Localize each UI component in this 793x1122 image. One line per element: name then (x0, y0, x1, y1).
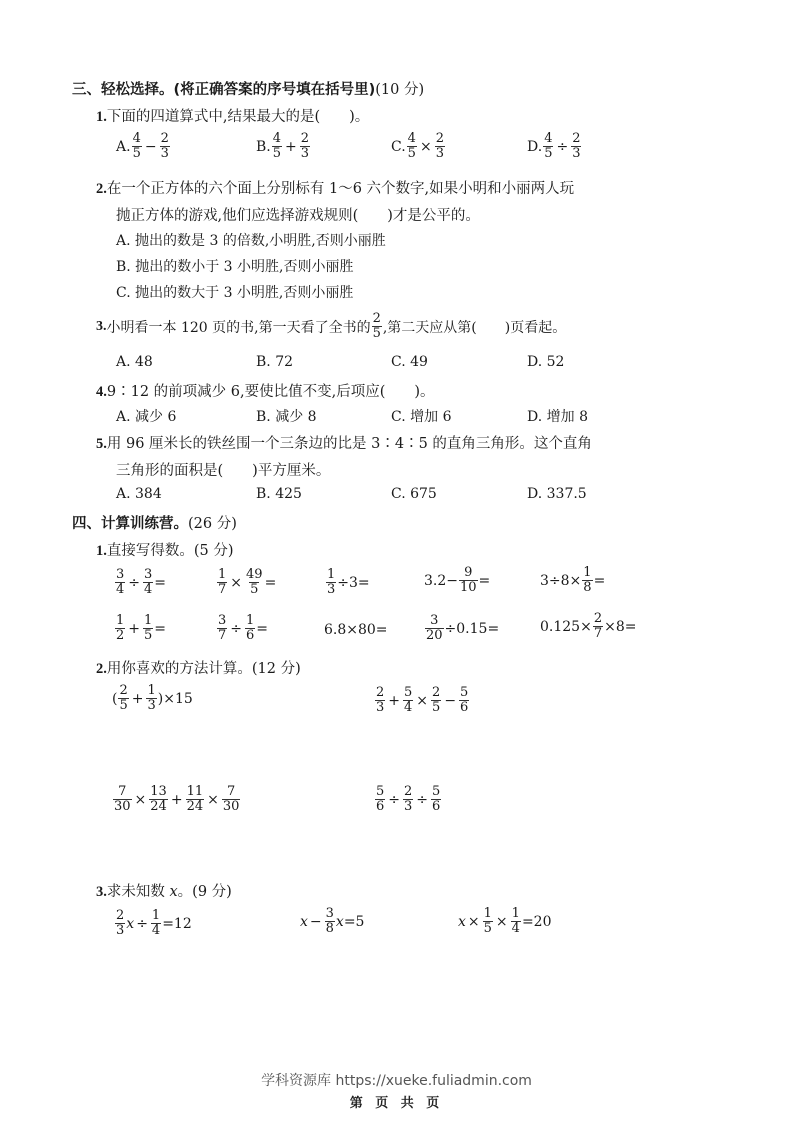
calc-r1-e5: 3÷8× 18 = (540, 566, 605, 595)
question-3: 3. 小明看一本 120 页的书,第一天看了全书的 25 ,第二天应从第( )页… (96, 312, 566, 341)
fraction: 45 (407, 132, 417, 161)
calc-r1-e4: 3.2− 910 = (424, 566, 490, 595)
calc-p3: 730 × 1324 + 1124 × 730 (112, 783, 241, 814)
question-5: 5.用 96 厘米长的铁丝围一个三条边的比是 3∶4∶5 的直角三角形。这个直角 (96, 432, 592, 453)
part-title: 求未知数 (107, 884, 170, 900)
option-label: B. (256, 139, 271, 155)
q5-option-b: B. 425 (256, 486, 302, 502)
question-text: ,第二天应从第( )页看起。 (383, 317, 566, 337)
calc-r2-e1: 12 + 15 = (114, 612, 166, 643)
q3-option-a: A. 48 (116, 354, 153, 370)
equation-2: x − 38 x =5 (300, 907, 364, 936)
fraction: 23 (435, 132, 445, 161)
question-text: 小明看一本 120 页的书,第一天看了全书的 (107, 317, 371, 337)
calc-p2: 23 + 54 × 25 − 56 (374, 684, 470, 715)
q5-option-c: C. 675 (391, 486, 437, 502)
fraction: 23 (160, 132, 170, 161)
question-number: 2. (96, 181, 107, 197)
option-label: D. (527, 139, 542, 155)
q5-option-d: D. 337.5 (527, 486, 587, 502)
question-5-line-2: 三角形的面积是( )平方厘米。 (116, 459, 330, 480)
variable: x (169, 884, 177, 900)
calc-r2-e4: 320 ÷0.15= (424, 612, 499, 643)
question-number: 2. (96, 661, 107, 677)
section-3-title: 三、轻松选择。(将正确答案的序号填在括号里) (72, 82, 375, 98)
section-3-heading: 三、轻松选择。(将正确答案的序号填在括号里)(10 分) (72, 78, 424, 99)
fraction: 23 (300, 132, 310, 161)
question-text: 下面的四道算式中,结果最大的是( )。 (107, 109, 369, 125)
q1-option-d: D. 45 ÷ 23 (527, 132, 582, 161)
calc-r1-e2: 17 × 495 = (216, 566, 276, 597)
part-3-heading: 3.求未知数 x。(9 分) (96, 880, 232, 901)
fraction: 25 (372, 312, 382, 341)
fraction: 23 (571, 132, 581, 161)
question-text: 9∶12 的前项减少 6,要使比值不变,后项应( )。 (107, 384, 435, 400)
calc-r1-e1: 34 ÷ 34 = (114, 566, 166, 597)
q2-option-b: B. 抛出的数小于 3 小明胜,否则小丽胜 (116, 256, 353, 276)
q3-option-d: D. 52 (527, 354, 564, 370)
q4-option-a: A. 减少 6 (116, 406, 176, 426)
question-number: 5. (96, 436, 107, 452)
section-4-points: (26 分) (188, 516, 237, 532)
q5-option-a: A. 384 (116, 486, 162, 502)
calc-r1-e3: 13 ÷3= (325, 566, 370, 597)
q4-option-b: B. 减少 8 (256, 406, 317, 426)
section-4-heading: 四、计算训练营。(26 分) (72, 512, 237, 533)
equation-1: 23 x ÷ 14 =12 (114, 907, 192, 938)
calc-r2-e3: 6.8×80= (324, 622, 388, 638)
calc-p4: 56 ÷ 23 ÷ 56 (374, 783, 442, 814)
part-title: 直接写得数。(5 分) (107, 543, 234, 559)
calc-r2-e2: 37 ÷ 16 = (216, 612, 268, 643)
calc-r2-e5: 0.125× 27 ×8= (540, 612, 636, 641)
question-text-line-1: 在一个正方体的六个面上分别标有 1～6 六个数字,如果小明和小丽两人玩 (107, 181, 574, 197)
question-number: 1. (96, 109, 107, 125)
question-2: 2.在一个正方体的六个面上分别标有 1～6 六个数字,如果小明和小丽两人玩 (96, 177, 574, 198)
part-title: 用你喜欢的方法计算。(12 分) (107, 661, 301, 677)
footer-site-watermark: 学科资源库 https://xueke.fuliadmin.com (0, 1070, 793, 1090)
q2-option-a: A. 抛出的数是 3 的倍数,小明胜,否则小丽胜 (116, 230, 386, 250)
question-4: 4.9∶12 的前项减少 6,要使比值不变,后项应( )。 (96, 380, 435, 401)
q3-option-c: C. 49 (391, 354, 428, 370)
equation-3: x × 15 × 14 =20 (458, 907, 551, 936)
q3-option-b: B. 72 (256, 354, 293, 370)
question-number: 4. (96, 384, 107, 400)
fraction: 45 (132, 132, 142, 161)
q1-option-c: C. 45 × 23 (391, 132, 446, 161)
part-title-suffix: 。(9 分) (178, 884, 232, 900)
question-number: 3. (96, 319, 107, 335)
question-2-line-2: 抛正方体的游戏,他们应选择游戏规则( )才是公平的。 (116, 204, 480, 225)
question-text-line-1: 用 96 厘米长的铁丝围一个三条边的比是 3∶4∶5 的直角三角形。这个直角 (107, 436, 592, 452)
question-number: 3. (96, 884, 107, 900)
option-label: C. (391, 139, 406, 155)
q4-option-c: C. 增加 6 (391, 406, 451, 426)
question-1: 1.下面的四道算式中,结果最大的是( )。 (96, 105, 369, 126)
q1-option-b: B. 45 + 23 (256, 132, 311, 161)
q4-option-d: D. 增加 8 (527, 406, 588, 426)
part-1-heading: 1.直接写得数。(5 分) (96, 539, 234, 560)
fraction: 45 (272, 132, 282, 161)
calc-p1: ( 25 + 13 )×15 (112, 684, 193, 713)
section-3-points: (10 分) (375, 82, 424, 98)
q2-option-c: C. 抛出的数大于 3 小明胜,否则小丽胜 (116, 282, 353, 302)
part-2-heading: 2.用你喜欢的方法计算。(12 分) (96, 657, 301, 678)
section-4-title: 四、计算训练营。 (72, 516, 188, 532)
footer-page-number: 第 页 共 页 (0, 1092, 793, 1111)
q1-option-a: A. 45 − 23 (116, 132, 171, 161)
option-label: A. (116, 139, 131, 155)
question-number: 1. (96, 543, 107, 559)
fraction: 45 (543, 132, 553, 161)
